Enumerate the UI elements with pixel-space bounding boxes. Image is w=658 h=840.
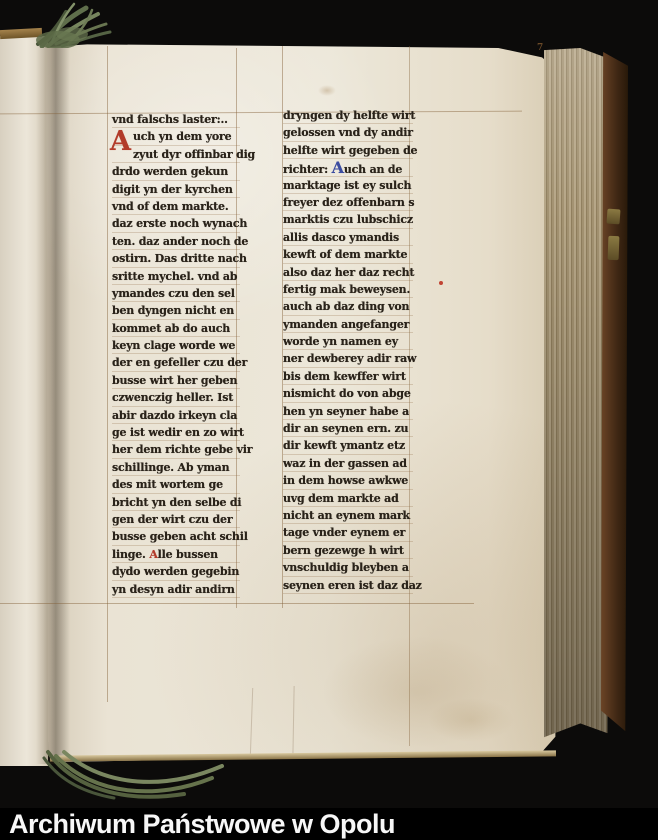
parchment-stain <box>428 698 514 742</box>
manuscript-text-line: waz in der gassen ad <box>283 455 413 472</box>
manuscript-text-line: digit yn der kyrchen <box>112 181 240 198</box>
bookmark-cords-icon <box>36 748 236 806</box>
manuscript-text-line: richter: Auch an de <box>283 159 413 176</box>
manuscript-photo: 7 vnd falschs laster:..Auch yn dem yorez… <box>0 0 658 808</box>
red-ink-dot <box>439 281 443 285</box>
manuscript-text-line: vnd of dem markte. <box>112 198 240 215</box>
manuscript-text-line: bis dem kewffer wirt <box>283 368 413 385</box>
manuscript-text-line: seynen eren ist daz daz <box>283 577 413 594</box>
manuscript-text-line: zyut dyr offinbar dig <box>112 146 240 163</box>
manuscript-text-line: bern gezewge h wirt <box>283 542 413 559</box>
manuscript-text-line: marktis czu lubschicz <box>283 211 413 228</box>
manuscript-text-line: worde yn namen ey <box>283 333 413 350</box>
manuscript-text-line: tage vnder eynem er <box>283 524 413 541</box>
manuscript-text-line: schillinge. Ab yman <box>112 459 240 476</box>
gutter-shadow <box>36 38 70 764</box>
manuscript-text-line: dryngen dy helfte wirt <box>283 107 413 124</box>
manuscript-text-line: allis dasco ymandis <box>283 229 413 246</box>
manuscript-text-line: fertig mak beweysen. <box>283 281 413 298</box>
illuminated-initial: A <box>149 548 157 561</box>
manuscript-text-line: ben dyngen nicht en <box>112 302 240 319</box>
manuscript-text-line: helfte wirt gegeben de <box>283 142 413 159</box>
illuminated-initial: A <box>332 158 344 177</box>
manuscript-text-line: keyn clage worde we <box>112 337 240 354</box>
manuscript-text-line: dir an seynen ern. zu <box>283 420 413 437</box>
manuscript-text-line: hen yn seyner habe a <box>283 403 413 420</box>
manuscript-text-line: ten. daz ander noch de <box>112 233 240 250</box>
manuscript-text-line: in dem howse awkwe <box>283 472 413 489</box>
bookmark-tassel-icon <box>28 0 114 48</box>
manuscript-text-line: also daz her daz recht <box>283 264 413 281</box>
book-fore-edge-pages <box>544 48 610 740</box>
caption-bar: Archiwum Państwowe w Opolu <box>0 808 658 840</box>
ruling-line-horizontal <box>0 603 474 604</box>
manuscript-text-line: ge ist wedir en zo wirt <box>112 424 240 441</box>
manuscript-text-line: linge. Alle bussen <box>112 546 240 563</box>
manuscript-text-line: uvg dem markte ad <box>283 490 413 507</box>
manuscript-text-line: Auch yn dem yore <box>112 128 240 145</box>
manuscript-text-line: ymandes czu den sel <box>112 285 240 302</box>
manuscript-text-line: drdo werden gekun <box>112 163 240 180</box>
manuscript-text-line: auch ab daz ding von <box>283 298 413 315</box>
manuscript-text-line: der en gefeller czu der <box>112 354 240 371</box>
manuscript-text-line: daz erste noch wynach <box>112 215 240 232</box>
parchment-stain <box>318 85 336 96</box>
manuscript-text-line: busse geben acht schil <box>112 528 240 545</box>
manuscript-text-line: gen der wirt czu der <box>112 511 240 528</box>
manuscript-text-line: abir dazdo irkeyn cla <box>112 407 240 424</box>
metal-clasp <box>606 209 620 225</box>
manuscript-text-line: bricht yn den selbe di <box>112 494 240 511</box>
manuscript-text-line: kommet ab do auch <box>112 320 240 337</box>
manuscript-text-line: yn desyn adir andirn <box>112 581 240 598</box>
manuscript-text-line: czwenczig heller. Ist <box>112 389 240 406</box>
manuscript-text-line: nismicht do von abge <box>283 385 413 402</box>
manuscript-text-line: vnschuldig bleyben a <box>283 559 413 576</box>
manuscript-text-line: busse wirt her geben <box>112 372 240 389</box>
leather-binding-edge <box>601 52 628 738</box>
manuscript-text-line: gelossen vnd dy andir <box>283 124 413 141</box>
manuscript-text-line: sritte mychel. vnd ab <box>112 268 240 285</box>
manuscript-text-line: freyer dez offenbarn s <box>283 194 413 211</box>
manuscript-text-line: marktage ist ey sulch <box>283 177 413 194</box>
manuscript-text-line: kewft of dem markte <box>283 246 413 263</box>
manuscript-text-line: ymanden angefanger <box>283 316 413 333</box>
manuscript-text-line: her dem richte gebe vir <box>112 441 240 458</box>
metal-clasp <box>608 236 620 260</box>
manuscript-text-line: nicht an eynem mark <box>283 507 413 524</box>
manuscript-text-line: des mit wortem ge <box>112 476 240 493</box>
manuscript-text-line: dir kewft ymantz etz <box>283 437 413 454</box>
manuscript-text-line: dydo werden gegebin <box>112 563 240 580</box>
archive-caption: Archiwum Państwowe w Opolu <box>0 808 395 840</box>
text-column-left: vnd falschs laster:..Auch yn dem yorezyu… <box>112 111 240 598</box>
manuscript-text-line: ostirn. Das dritte nach <box>112 250 240 267</box>
text-column-right: dryngen dy helfte wirtgelossen vnd dy an… <box>283 107 413 594</box>
manuscript-text-line: vnd falschs laster:.. <box>112 111 240 128</box>
manuscript-text-line: ner dewberey adir raw <box>283 350 413 367</box>
folio-mark: 7 <box>537 43 543 53</box>
archive-scan: 7 vnd falschs laster:..Auch yn dem yorez… <box>0 0 658 840</box>
